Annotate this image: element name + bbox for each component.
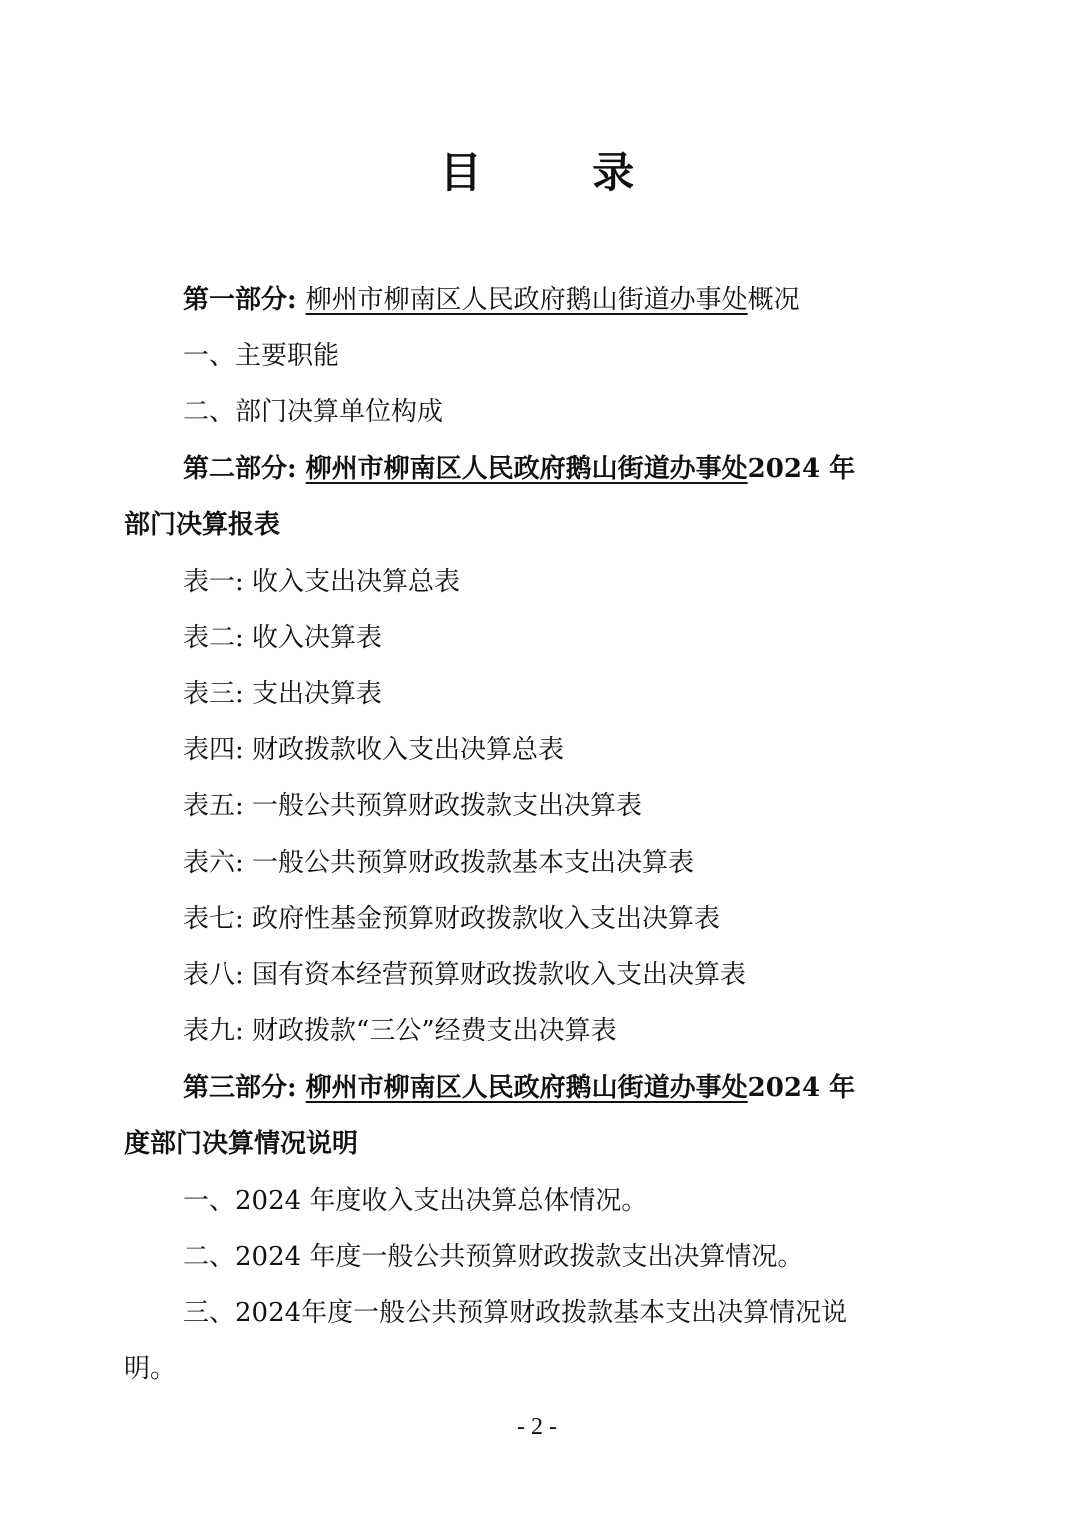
part2-item-6: 表六: 一般公共预算财政拨款基本支出决算表 (183, 845, 694, 881)
part2-heading-cont: 部门决算报表 (124, 507, 280, 543)
part3-heading-cont: 度部门决算情况说明 (124, 1126, 358, 1162)
part2-heading: 第二部分: 柳州市柳南区人民政府鹅山街道办事处2024 年 (183, 451, 855, 487)
part3-org: 柳州市柳南区人民政府鹅山街道办事处 (306, 1073, 748, 1103)
page-number: - 2 - (0, 1414, 1074, 1441)
part3-item-3: 三、2024年度一般公共预算财政拨款基本支出决算情况说 (183, 1295, 847, 1331)
part2-item-2: 表二: 收入决算表 (183, 620, 382, 656)
part2-item-4: 表四: 财政拨款收入支出决算总表 (183, 732, 564, 768)
part1-item-2: 二、部门决算单位构成 (183, 394, 443, 430)
part2-item-8: 表八: 国有资本经营预算财政拨款收入支出决算表 (183, 957, 746, 993)
part1-item-1: 一、主要职能 (183, 338, 339, 374)
part2-item-9: 表九: 财政拨款“三公”经费支出决算表 (183, 1013, 617, 1049)
part2-prefix: 第二部分: (183, 454, 306, 484)
part1-suffix: 概况 (748, 285, 800, 315)
toc-title: 目 录 (0, 140, 1074, 200)
part3-suffix: 2024 年 (748, 1073, 855, 1103)
part3-heading: 第三部分: 柳州市柳南区人民政府鹅山街道办事处2024 年 (183, 1070, 855, 1106)
part1-prefix: 第一部分: (183, 285, 306, 315)
part2-suffix: 2024 年 (748, 454, 855, 484)
part3-item-1: 一、2024 年度收入支出决算总体情况。 (183, 1183, 647, 1219)
part2-item-5: 表五: 一般公共预算财政拨款支出决算表 (183, 788, 642, 824)
part2-item-1: 表一: 收入支出决算总表 (183, 564, 460, 600)
part2-org: 柳州市柳南区人民政府鹅山街道办事处 (306, 454, 748, 484)
part2-item-3: 表三: 支出决算表 (183, 676, 382, 712)
part1-heading: 第一部分: 柳州市柳南区人民政府鹅山街道办事处概况 (183, 282, 800, 318)
part1-org: 柳州市柳南区人民政府鹅山街道办事处 (306, 285, 748, 315)
part2-item-7: 表七: 政府性基金预算财政拨款收入支出决算表 (183, 901, 720, 937)
part3-item-3-cont: 明。 (124, 1351, 176, 1387)
part3-item-2: 二、2024 年度一般公共预算财政拨款支出决算情况。 (183, 1239, 803, 1275)
part3-prefix: 第三部分: (183, 1073, 306, 1103)
